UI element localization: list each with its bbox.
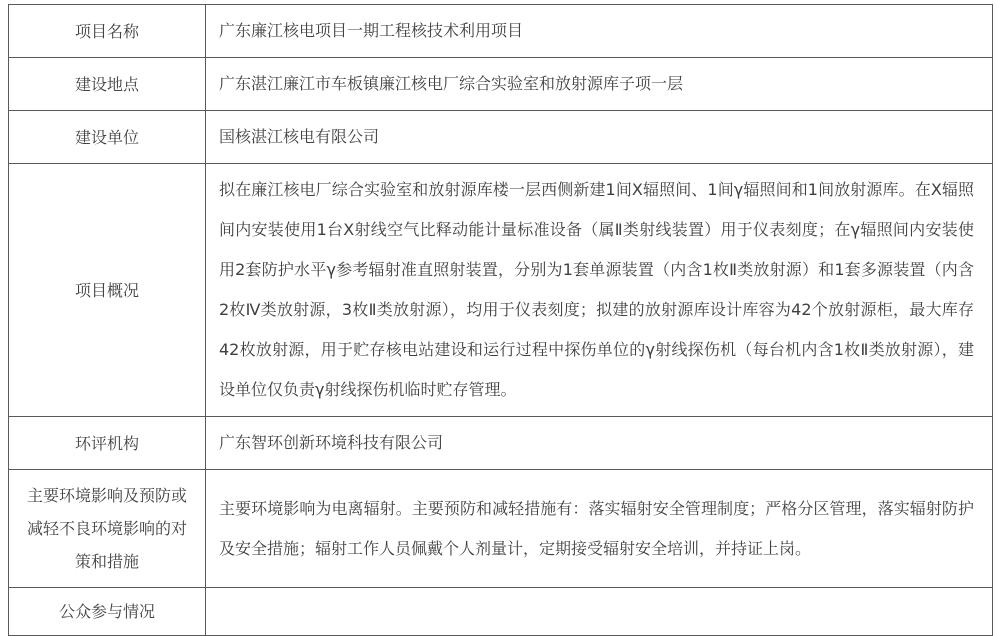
row-value-project-name: 广东廉江核电项目一期工程核技术利用项目	[206, 5, 992, 57]
table-row-eia-agency: 环评机构 广东智环创新环境科技有限公司	[9, 417, 992, 470]
table-row-environmental-impact: 主要环境影响及预防或减轻不良环境影响的对策和措施 主要环境影响为电离辐射。主要预…	[9, 470, 992, 588]
row-label-public-participation: 公众参与情况	[9, 588, 206, 635]
row-value-public-participation	[206, 588, 992, 635]
table-row-construction-unit: 建设单位 国核湛江核电有限公司	[9, 111, 992, 164]
row-label-project-name: 项目名称	[9, 5, 206, 57]
table-row-public-participation: 公众参与情况	[9, 588, 992, 635]
row-value-environmental-impact: 主要环境影响为电离辐射。主要预防和减轻措施有：落实辐射安全管理制度；严格分区管理…	[206, 470, 992, 587]
row-label-eia-agency: 环评机构	[9, 417, 206, 469]
row-value-construction-site: 广东湛江廉江市车板镇廉江核电厂综合实验室和放射源库子项一层	[206, 58, 992, 110]
project-info-table: 项目名称 广东廉江核电项目一期工程核技术利用项目 建设地点 广东湛江廉江市车板镇…	[8, 4, 993, 636]
row-label-construction-unit: 建设单位	[9, 111, 206, 163]
row-value-construction-unit: 国核湛江核电有限公司	[206, 111, 992, 163]
row-label-environmental-impact: 主要环境影响及预防或减轻不良环境影响的对策和措施	[9, 470, 206, 587]
table-row-construction-site: 建设地点 广东湛江廉江市车板镇廉江核电厂综合实验室和放射源库子项一层	[9, 58, 992, 111]
row-value-eia-agency: 广东智环创新环境科技有限公司	[206, 417, 992, 469]
row-value-project-overview: 拟在廉江核电厂综合实验室和放射源库楼一层西侧新建1间X辐照间、1间γ辐照间和1间…	[206, 164, 992, 416]
row-label-project-overview: 项目概况	[9, 164, 206, 416]
table-row-project-name: 项目名称 广东廉江核电项目一期工程核技术利用项目	[9, 5, 992, 58]
table-row-project-overview: 项目概况 拟在廉江核电厂综合实验室和放射源库楼一层西侧新建1间X辐照间、1间γ辐…	[9, 164, 992, 417]
row-label-construction-site: 建设地点	[9, 58, 206, 110]
